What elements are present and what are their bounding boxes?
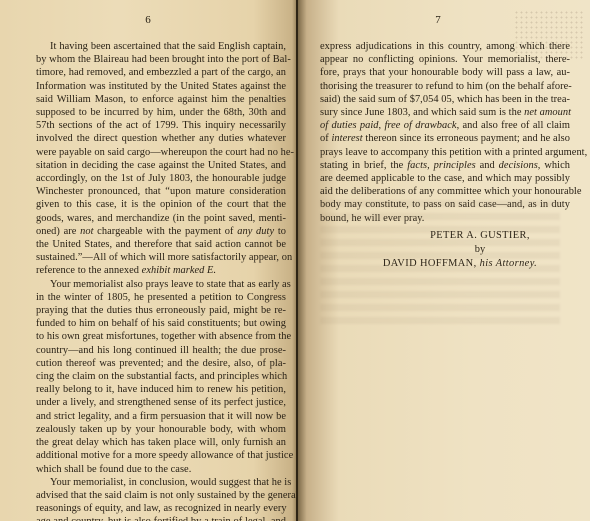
text-line: zealously taken up by your honourable bo… [22, 423, 286, 436]
italic-text: free of drawback [384, 120, 456, 131]
paragraph-prayer: express adjudications in this country, a… [320, 40, 570, 225]
text-line: aid the deliberations of any committee w… [320, 185, 570, 198]
text-line: additional motive for a more speedy allo… [22, 449, 286, 462]
italic-text: facts, principles [407, 160, 475, 171]
text-line: advised that the said claim is not only … [22, 489, 286, 502]
text: which [540, 160, 570, 171]
text-line: accordingly, on the 1st of July 1803, th… [22, 172, 286, 185]
italic-text: any duty [237, 226, 274, 237]
text-line: to his own great misfortunes, together w… [22, 330, 286, 343]
text: and [476, 160, 499, 171]
text-line: are deemed applicable to the case, and w… [320, 172, 570, 185]
text: , and also free of all claim [457, 120, 570, 131]
text-line: funded to him on behalf of his said cons… [22, 317, 286, 330]
text-line: stating in brief, the facts, principles … [320, 159, 570, 172]
text: to [274, 226, 286, 237]
text-line: Your memorialist, in conclusion, would s… [22, 476, 286, 489]
paragraph-petition-1805: Your memorialist also prays leave to sta… [22, 278, 286, 476]
page-number: 7 [428, 14, 448, 26]
text-line: really belong to it, have induced him to… [22, 383, 286, 396]
text-line: of duties paid, free of drawback, and al… [320, 119, 570, 132]
text-line: goods, wares, and merchandize (in the po… [22, 212, 286, 225]
text-line: the great delay which has taken place wi… [22, 436, 286, 449]
text-line: in the winter of 1805, he presented a pe… [22, 291, 286, 304]
text: chargeable with the payment of [94, 226, 238, 237]
text-line: Your memorialist also prays leave to sta… [22, 278, 286, 291]
italic-text: not [80, 226, 93, 237]
text-line: timore, had removed, and embezzled a par… [22, 66, 286, 79]
text-line: thorising the treasurer to refund to him… [320, 80, 570, 93]
text-line: sustained.”—All of which will more satis… [22, 251, 286, 264]
show-through-text [320, 200, 560, 330]
text: of [320, 133, 331, 144]
text-line: reasonings of equity, and law, as recogn… [22, 502, 286, 515]
page-number: 6 [138, 14, 158, 26]
text-line: said William Mason, to enforce against h… [22, 93, 286, 106]
text-line: sury since June 1803, and which said sum… [320, 106, 570, 119]
italic-text: net amount [524, 107, 571, 118]
book-gutter [296, 0, 298, 521]
text-line: under a lively, and strengthened sense o… [22, 396, 286, 409]
text: stating in brief, the [320, 160, 407, 171]
left-page: 6 It having been ascertained that the sa… [0, 0, 298, 521]
text-line: said) the said sum of $7,054 05, which h… [320, 93, 570, 106]
text-line: sitation in deciding the case against th… [22, 159, 286, 172]
italic-text: decisions, [499, 160, 541, 171]
text: sury since June 1803, and which said sum… [320, 107, 524, 118]
text-line: given to this case, it is the opinion of… [22, 198, 286, 211]
text: thereon since its erroneous payment; and… [363, 133, 570, 144]
text-line: involved the direct question whether any… [22, 132, 286, 145]
text-line: the United States, and therefore that sa… [22, 238, 286, 251]
text-line: reference to the annexed exhibit marked … [22, 264, 286, 277]
text-line: prays leave to accompany this petition w… [320, 146, 570, 159]
perforated-stamp-mark [514, 10, 584, 60]
right-page: 7 express adjudications in this country,… [298, 0, 590, 521]
text-line: of interest thereon since its erroneous … [320, 132, 570, 145]
text-line: age and country, but is also fortified b… [22, 515, 286, 521]
text-line: Information was instituted by the United… [22, 80, 286, 93]
text-line: Winchester pronounced, that “upon mature… [22, 185, 286, 198]
italic-text: of duties paid [320, 120, 379, 131]
text-line: and strict legality, and a firm persuasi… [22, 410, 286, 423]
text-line: 57th sections of the act of 1799. This i… [22, 119, 286, 132]
text-line: which shall be found due to the case. [22, 463, 286, 476]
paragraph-information: It having been ascertained that the said… [22, 40, 286, 278]
text-line: cution thereof was prevented; and the de… [22, 357, 286, 370]
text-line: were payable on said cargo—whereupon the… [22, 146, 286, 159]
text-line: cing the claim on the substantial facts,… [22, 370, 286, 383]
text-line: supposed to be incurred by him, under th… [22, 106, 286, 119]
text-line: fore, prays that your honourable body wi… [320, 66, 570, 79]
text-line: country—and his long continued ill healt… [22, 344, 286, 357]
text-line: oned) are not chargeable with the paymen… [22, 225, 286, 238]
italic-text: exhibit marked E. [142, 265, 216, 276]
paragraph-conclusion: Your memorialist, in conclusion, would s… [22, 476, 286, 521]
book-spread: 6 It having been ascertained that the sa… [0, 0, 590, 521]
text: oned) are [36, 226, 80, 237]
text-line: It having been ascertained that the said… [22, 40, 286, 53]
italic-text: interest [331, 133, 362, 144]
text-line: praying that the duties thus erroneously… [22, 304, 286, 317]
text-line: by whom the Blaireau had been brought in… [22, 53, 286, 66]
text: reference to the annexed [36, 265, 142, 276]
